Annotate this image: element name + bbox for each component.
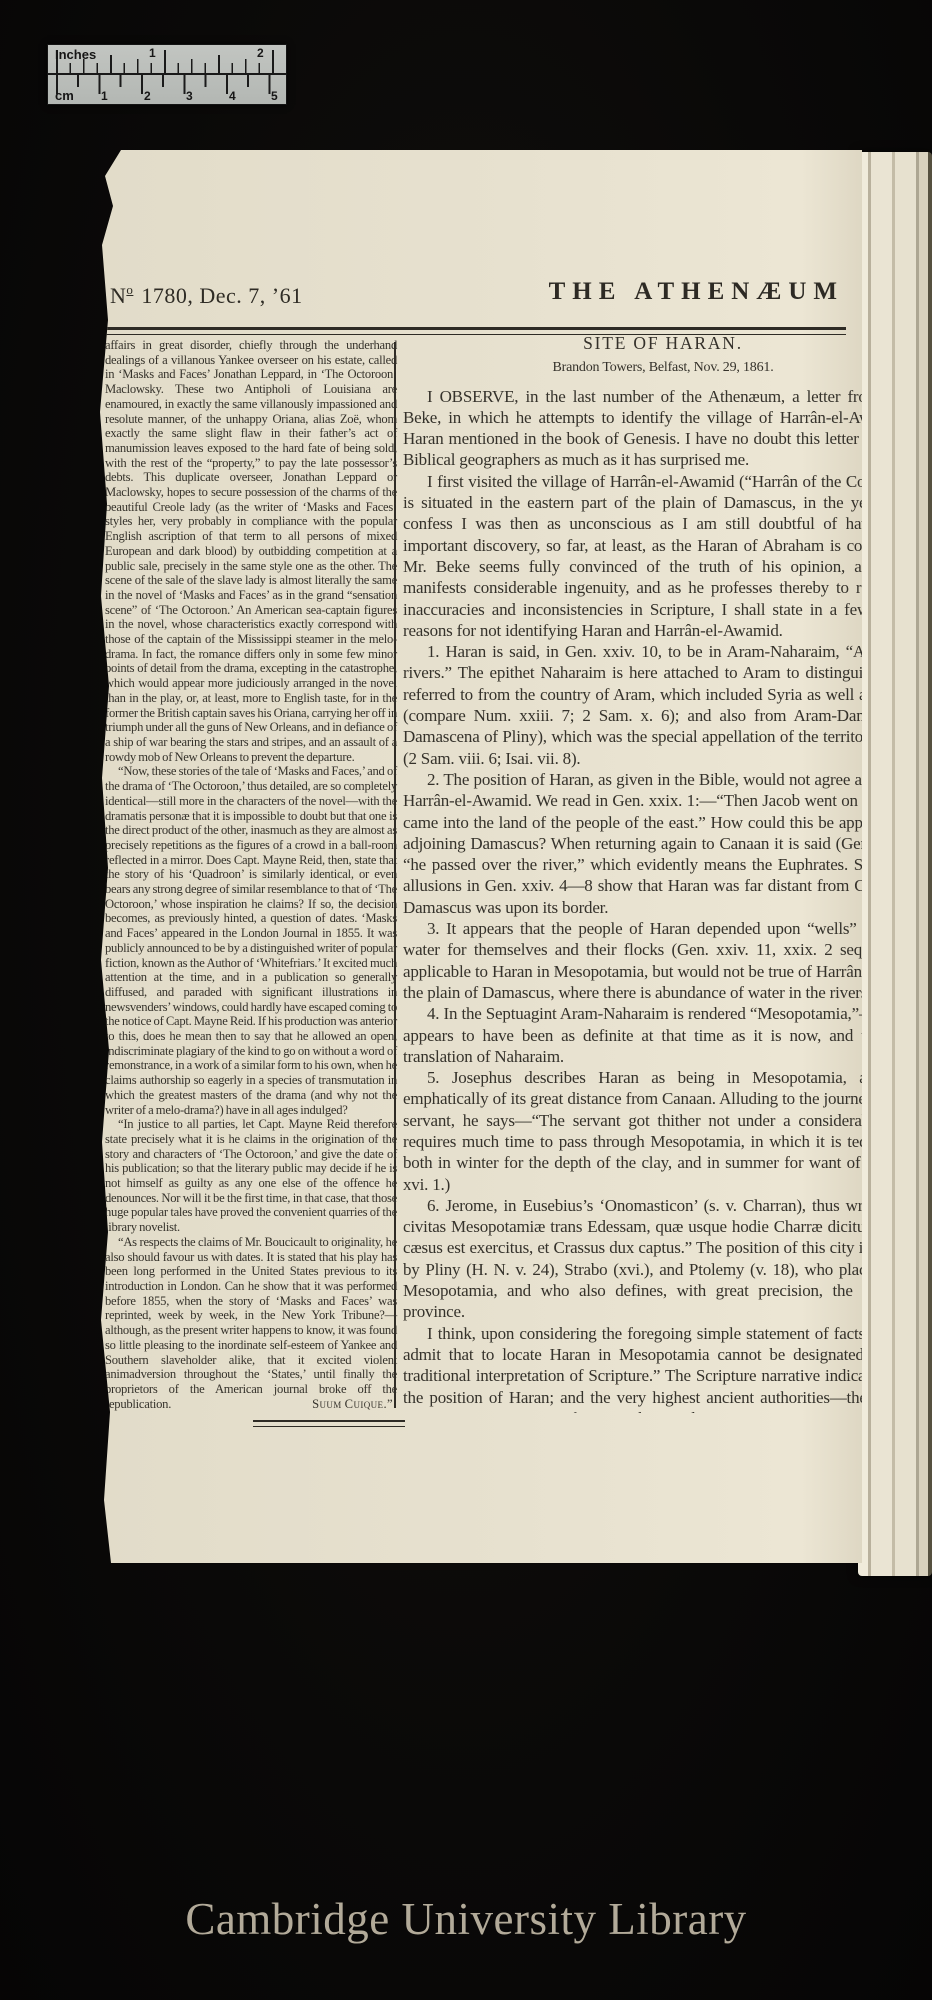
book-page-edges [858,152,932,1576]
article-paragraph: “As respects the claims of Mr. Boucicaul… [105,1235,397,1411]
article-paragraph: 1. Haran is said, in Gen. xxiv. 10, to b… [403,641,862,769]
ruler-cm-number: 5 [271,89,278,103]
article-paragraph: “Now, these stories of the tale of ‘Mask… [105,764,397,1117]
issue-n: N [110,283,126,308]
article-paragraph: I first visited the village of Harrân-el… [403,471,862,641]
measurement-ruler: Inches cm 1 2 1 2 3 4 5 [47,44,287,105]
article-dateline: Brandon Towers, Belfast, Nov. 29, 1861. [403,357,862,378]
article-paragraph: 3. It appears that the people of Haran d… [403,918,862,1003]
library-watermark: Cambridge University Library [0,1893,932,1945]
article-heading: SITE OF HARAN. [403,333,862,354]
article-paragraph: I OBSERVE, in the last number of the Ath… [403,386,862,471]
article-paragraph: I think, upon considering the foregoing … [403,1323,862,1413]
ruler-cm-number: 1 [101,89,108,103]
left-column: affairs in great disorder, chiefly throu… [105,338,397,1427]
right-column: SITE OF HARAN. Brandon Towers, Belfast, … [403,333,862,1413]
article-paragraph: 5. Josephus describes Haran as being in … [403,1067,862,1195]
ruler-cm-number: 4 [229,89,236,103]
article-paragraph: 2. The position of Haran, as given in th… [403,769,862,918]
article-paragraph: affairs in great disorder, chiefly throu… [105,338,397,764]
issue-date: 1780, Dec. 7, ’61 [141,283,302,308]
ruler-cm-ticks [56,75,280,94]
ruler-inches-label: Inches [55,47,96,62]
article-paragraph: “In justice to all parties, let Capt. Ma… [105,1117,397,1235]
ruler-cm-number: 3 [186,89,193,103]
article-paragraph: 4. In the Septuagint Aram-Naharaim is re… [403,1003,862,1067]
ruler-cm-label: cm [55,88,74,103]
ruler-inch-number: 2 [257,46,264,60]
issue-superscript: o [126,282,133,297]
ruler-inch-number: 1 [149,46,156,60]
article-paragraph: 6. Jerome, in Eusebius’s ‘Onomasticon’ (… [403,1195,862,1323]
article-end-rule [253,1420,405,1427]
document-page: No 1780, Dec. 7, ’61 THE ATHENÆUM affair… [95,150,862,1563]
scan-background: Inches cm 1 2 1 2 3 4 5 No 1780, Dec. 7,… [0,0,932,2000]
issue-number: No 1780, Dec. 7, ’61 [110,282,303,309]
ruler-cm-number: 2 [144,89,151,103]
publication-title: THE ATHENÆUM [549,278,844,306]
